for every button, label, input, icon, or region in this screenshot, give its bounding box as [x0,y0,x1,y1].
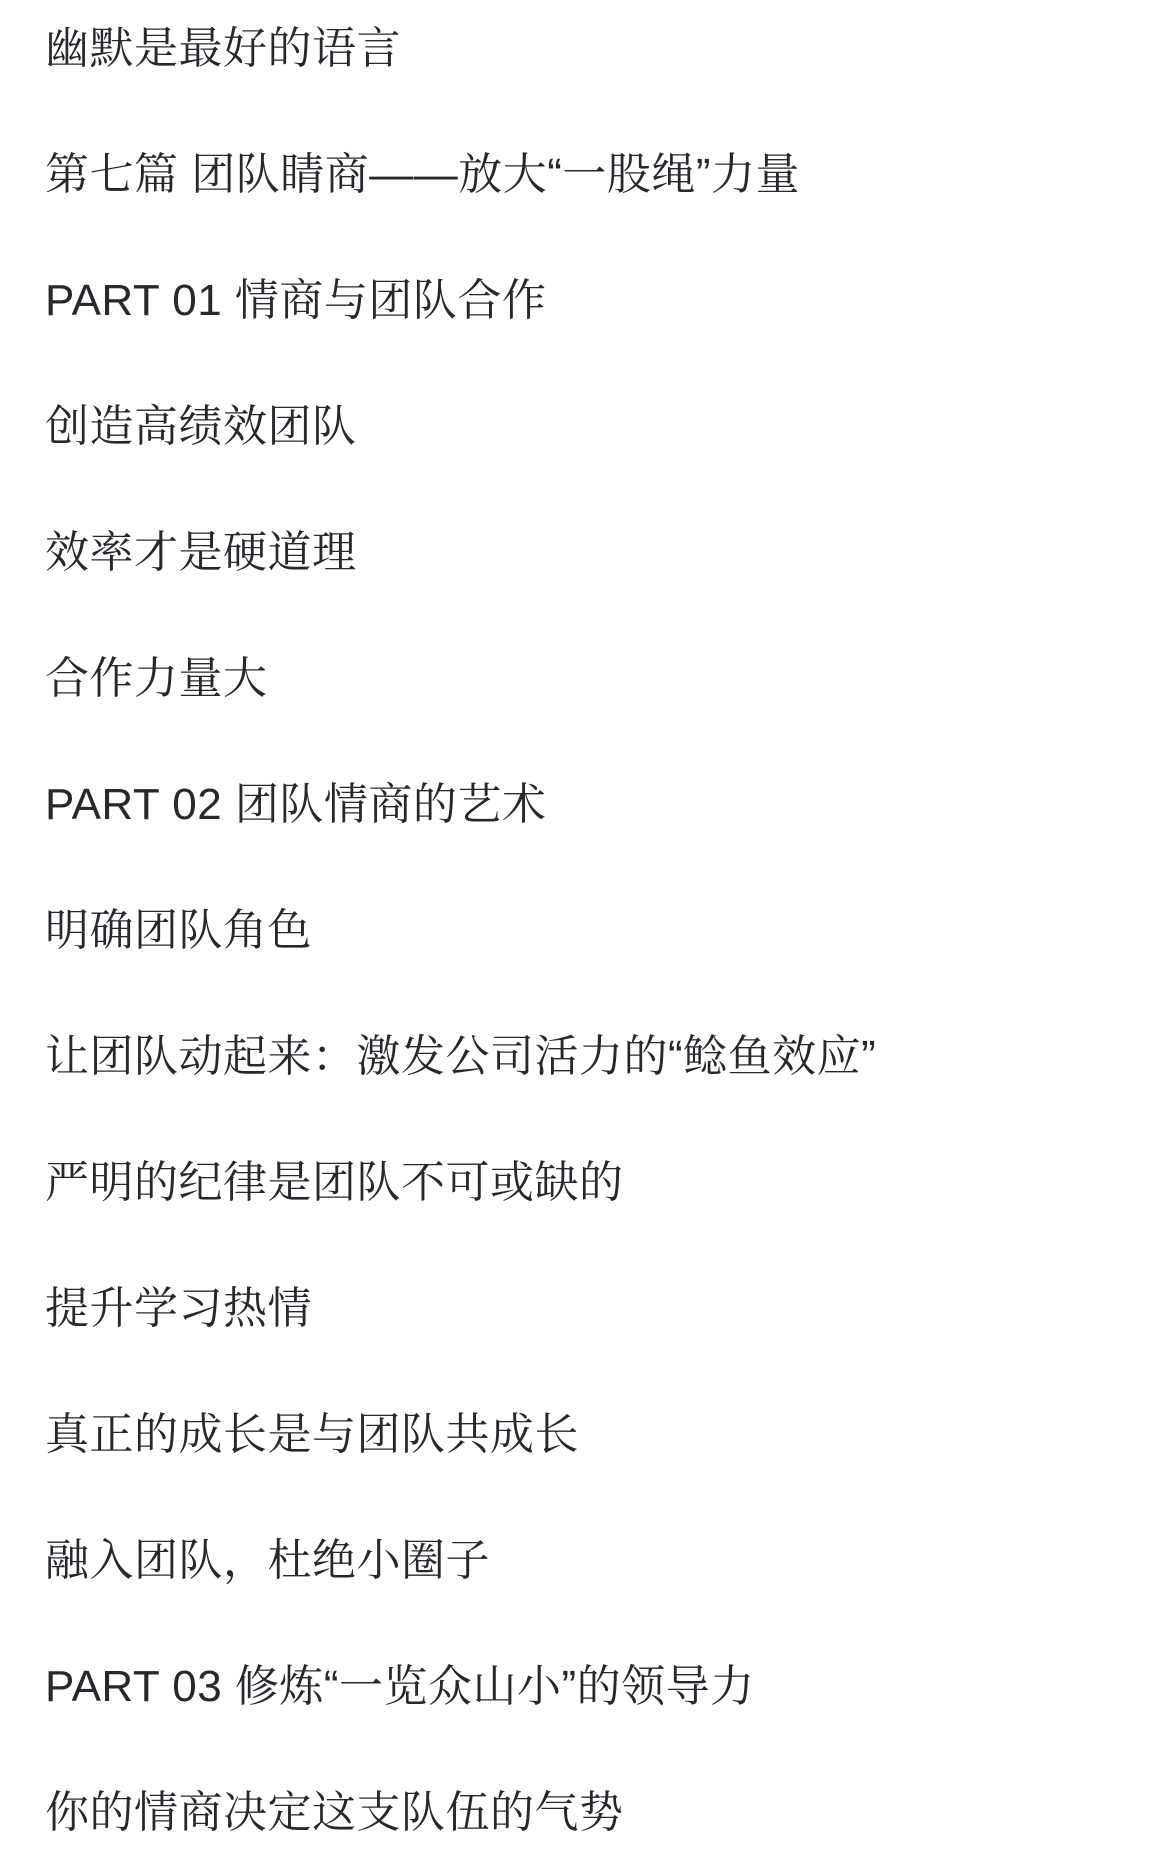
toc-line: 第七篇 团队睛商——放大“一股绳”力量 [45,151,1139,198]
toc-line: 提升学习热情 [45,1285,1139,1332]
toc-line: 合作力量大 [45,655,1139,702]
toc-line: 创造高绩效团队 [45,403,1139,450]
toc-list: 幽默是最好的语言第七篇 团队睛商——放大“一股绳”力量PART 01 情商与团队… [45,25,1139,1836]
toc-line: 严明的纪律是团队不可或缺的 [45,1159,1139,1206]
toc-line: PART 01 情商与团队合作 [45,277,1139,324]
toc-line: 你的情商决定这支队伍的气势 [45,1789,1139,1836]
toc-line: 真正的成长是与团队共成长 [45,1411,1139,1458]
toc-line: 融入团队，杜绝小圈子 [45,1537,1139,1584]
toc-line: 效率才是硬道理 [45,529,1139,576]
document-page: 幽默是最好的语言第七篇 团队睛商——放大“一股绳”力量PART 01 情商与团队… [0,0,1169,1853]
toc-line: 幽默是最好的语言 [45,25,1139,72]
toc-line: 明确团队角色 [45,907,1139,954]
toc-line: PART 03 修炼“一览众山小”的领导力 [45,1663,1139,1710]
toc-line: PART 02 团队情商的艺术 [45,781,1139,828]
toc-line: 让团队动起来：激发公司活力的“鲶鱼效应” [45,1033,1139,1080]
